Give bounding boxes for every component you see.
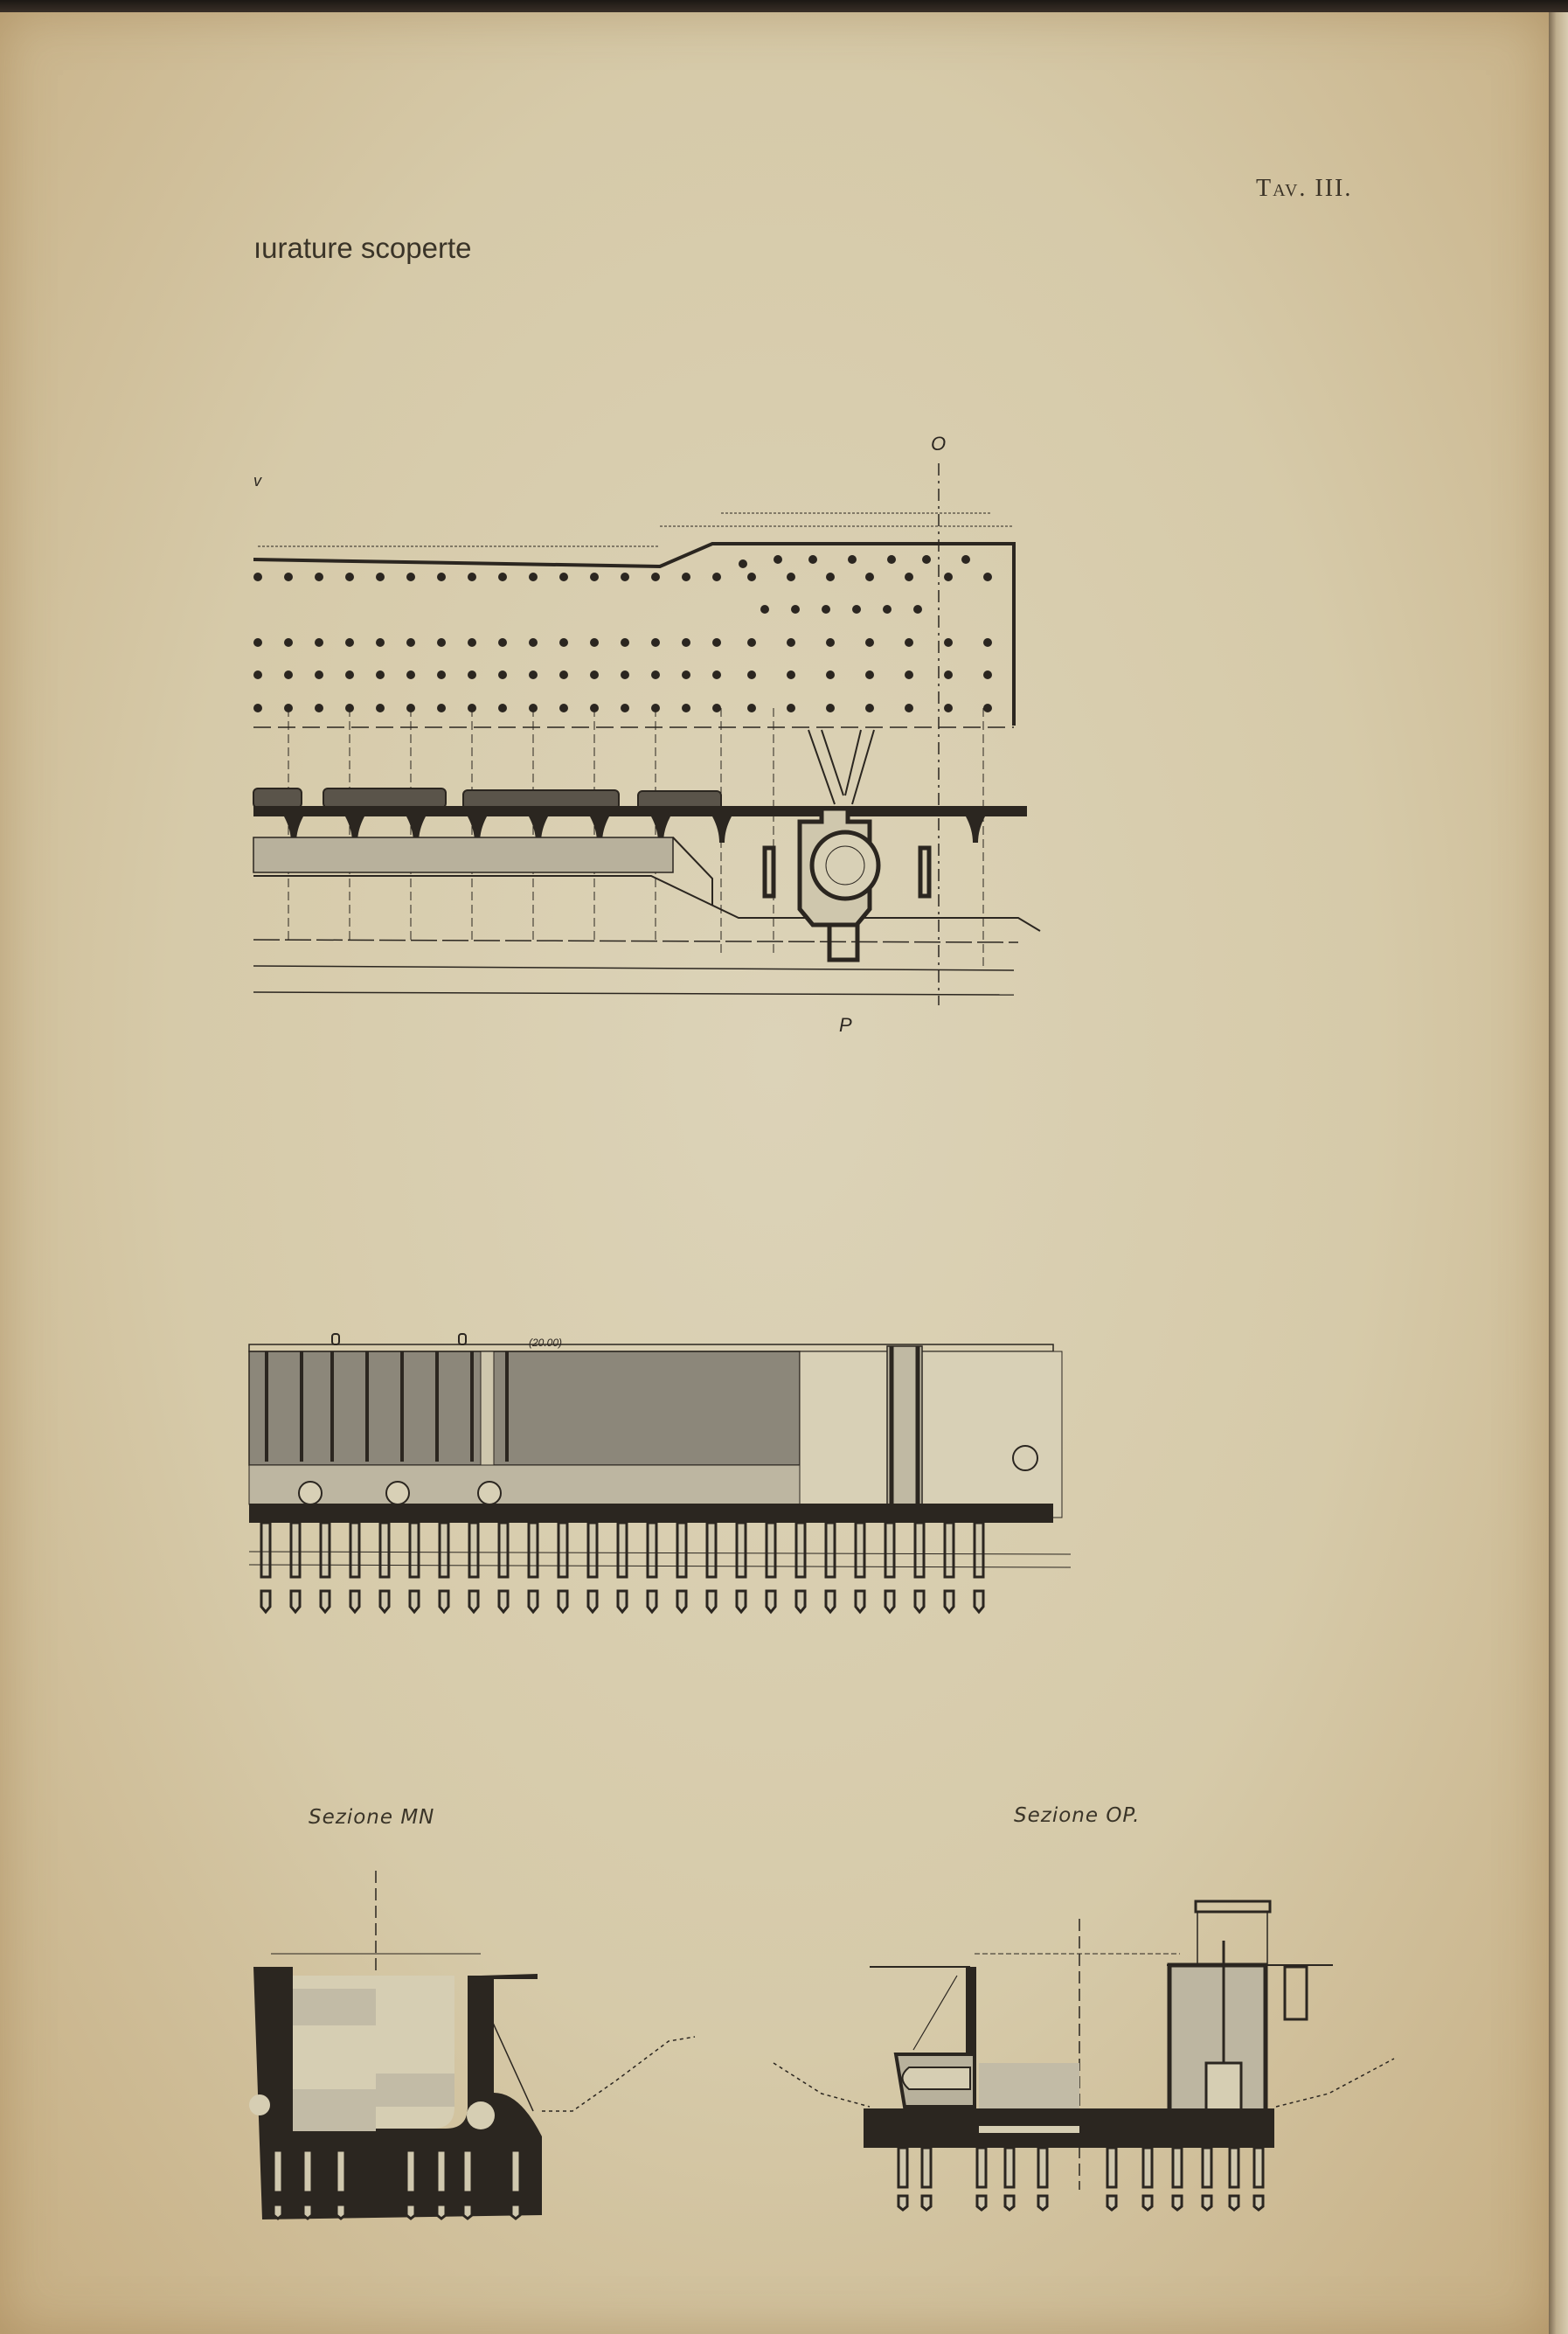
section-op-title: Sezione OP. [1014,1804,1140,1827]
plan-drawing: v O [249,428,1036,1040]
section-marker-o: O [931,433,946,455]
plan-label-left: v [253,472,262,490]
section-mn-title: Sezione MN [309,1806,434,1829]
header-title: ıurature scoperte [253,232,471,265]
section-marker-p: P [839,1014,852,1036]
plate-number: Tav. III. [1256,175,1352,203]
elevation-level-mark: (20.00) [529,1337,562,1349]
elevation-drawing: (20.00) [249,1329,1088,1626]
pile-dots [253,555,992,712]
section-op-drawing [769,1888,1398,2229]
page-edge [1549,12,1568,2334]
piles [261,1523,983,1577]
section-mn-drawing [249,1871,739,2220]
